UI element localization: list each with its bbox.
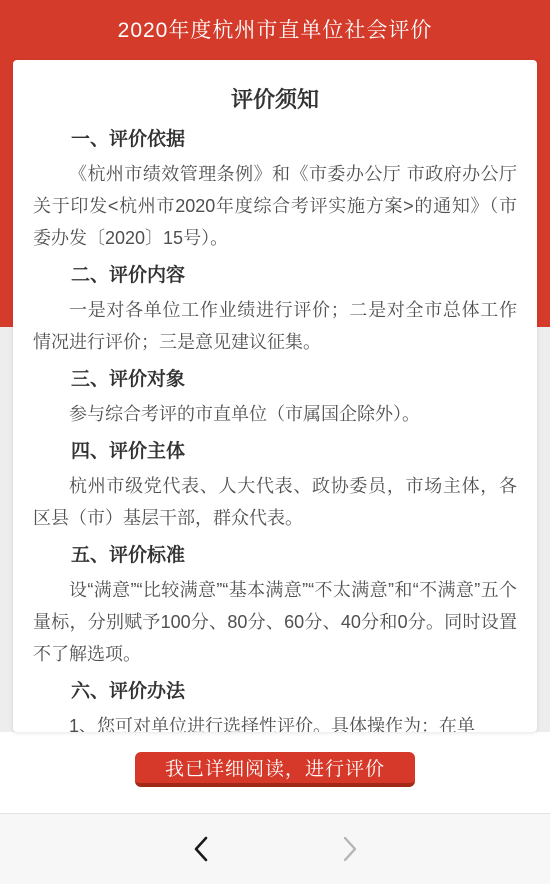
bottom-nav-bar [0,813,550,884]
page-title: 2020年度杭州市直单位社会评价 [118,14,433,44]
notice-scroll-area[interactable]: 评价须知 一、评价依据 《杭州市绩效管理条例》和《市委办公厅 市政府办公厅关于印… [13,60,537,732]
section-heading: 一、评价依据 [33,124,517,156]
section-heading: 六、评价办法 [33,676,517,708]
notice-section: 二、评价内容 一是对各单位工作业绩进行评价；二是对全市总体工作情况进行评价；三是… [33,260,517,358]
section-body: 1、您可对单位进行选择性评价。具体操作为：在单 [33,710,517,732]
notice-title: 评价须知 [33,84,517,116]
forward-button[interactable] [338,835,362,863]
chevron-right-icon [341,835,359,863]
page: 2020年度杭州市直单位社会评价 评价须知 一、评价依据 《杭州市绩效管理条例》… [0,0,550,884]
notice-section: 五、评价标准 设“满意”“比较满意”“基本满意”“不太满意”和“不满意”五个量标… [33,540,517,670]
section-body: 杭州市级党代表、人大代表、政协委员，市场主体，各区县（市）基层干部，群众代表。 [33,470,517,534]
back-button[interactable] [189,835,213,863]
confirm-read-button[interactable]: 我已详细阅读，进行评价 [135,752,415,787]
section-heading: 二、评价内容 [33,260,517,292]
app-header: 2020年度杭州市直单位社会评价 [0,0,550,58]
chevron-left-icon [192,835,210,863]
section-body: 设“满意”“比较满意”“基本满意”“不太满意”和“不满意”五个量标，分别赋予10… [33,574,517,670]
notice-section: 一、评价依据 《杭州市绩效管理条例》和《市委办公厅 市政府办公厅关于印发<杭州市… [33,124,517,254]
section-body: 《杭州市绩效管理条例》和《市委办公厅 市政府办公厅关于印发<杭州市2020年度综… [33,158,517,254]
notice-section: 四、评价主体 杭州市级党代表、人大代表、政协委员，市场主体，各区县（市）基层干部… [33,436,517,534]
section-body: 参与综合考评的市直单位（市属国企除外）。 [33,398,517,430]
section-heading: 三、评价对象 [33,364,517,396]
notice-section: 六、评价办法 1、您可对单位进行选择性评价。具体操作为：在单 [33,676,517,732]
section-heading: 四、评价主体 [33,436,517,468]
section-body: 一是对各单位工作业绩进行评价；二是对全市总体工作情况进行评价；三是意见建议征集。 [33,294,517,358]
section-heading: 五、评价标准 [33,540,517,572]
notice-section: 三、评价对象 参与综合考评的市直单位（市属国企除外）。 [33,364,517,430]
